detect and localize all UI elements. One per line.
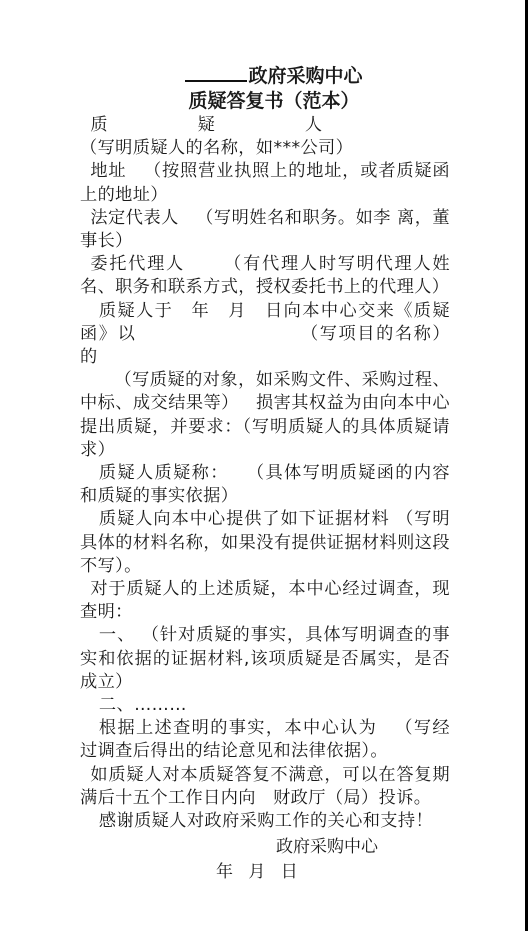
address-paragraph: 地址（按照营业执照上的地址，或者质疑函上的地址）: [80, 160, 450, 206]
received-month: 月: [227, 301, 247, 321]
received-year: 年: [190, 301, 210, 321]
evidence-paragraph: 质疑人向本中心提供了如下证据材料 （写明具体的材料名称，如果没有提供证据材料则这…: [80, 508, 450, 578]
complaint-target: 财政厅（局）投诉。: [273, 788, 431, 808]
finding-2-paragraph: 二、………: [80, 694, 450, 717]
title-blank-underline: [185, 62, 247, 82]
legal-rep-label: 法定代表人: [90, 208, 179, 228]
conclusion-paragraph: 根据上述查明的事实，本中心认为（写经过调查后得出的结论意见和法律依据）。: [80, 717, 450, 763]
finding-1-paragraph: 一、 （针对质疑的事实，具体写明调查的事实和依据的证据材料,该项质疑是否属实，是…: [80, 624, 450, 694]
investigation-paragraph: 对于质疑人的上述质疑，本中心经过调查，现查明：: [80, 578, 450, 624]
address-label: 地址: [90, 161, 126, 181]
received-text-a: 质疑人于: [99, 301, 173, 321]
received-paragraph: 质疑人于年月日向本中心交来《质疑函》以（写项目的名称）的（写质疑的对象，如采购文…: [80, 300, 450, 462]
title-org: 政府采购中心: [248, 65, 362, 87]
thanks-paragraph: 感谢质疑人对政府采购工作的关心和支持！: [80, 810, 450, 833]
claim-label: 质疑人质疑称：: [99, 463, 229, 483]
title-line-2: 质疑答复书（范本）: [98, 89, 450, 114]
title-line-1: 政府采购中心: [98, 62, 450, 89]
legal-rep-paragraph: 法定代表人（写明姓名和职务。如李 离，董事长）: [80, 207, 450, 253]
agent-label: 委托代理人: [90, 254, 185, 274]
challenger-note: （写明质疑人的名称，如***公司）: [80, 138, 353, 158]
conclusion-text: 根据上述查明的事实，本中心认为: [99, 718, 377, 738]
agent-paragraph: 委托代理人（有代理人时写明代理人姓名、职务和联系方式，授权委托书上的代理人）: [80, 253, 450, 299]
challenger-paragraph: 质疑人（写明质疑人的名称，如***公司）: [80, 114, 450, 160]
complaint-paragraph: 如质疑人对本质疑答复不满意，可以在答复期满后十五个工作日内向财政厅（局）投诉。: [80, 764, 450, 810]
address-note: （按照营业执照上的地址，或者质疑函上的地址）: [80, 161, 450, 204]
signature-date: 年 月 日: [216, 861, 298, 884]
claim-paragraph: 质疑人质疑称：（具体写明质疑函的内容和质疑的事实依据）: [80, 462, 450, 508]
document-body: 政府采购中心 质疑答复书（范本） 质疑人（写明质疑人的名称，如***公司） 地址…: [80, 62, 450, 833]
signature-org: 政府采购中心: [276, 836, 378, 859]
challenger-label: 质疑人: [90, 115, 412, 135]
